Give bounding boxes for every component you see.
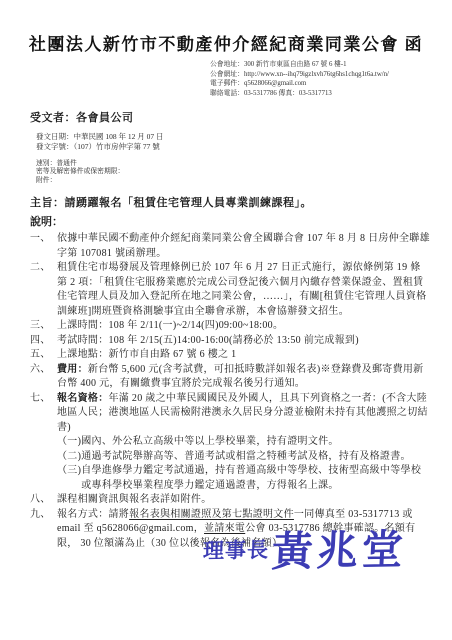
list-item: 六、費用：新台幣 5,600 元(含考試費，可扣抵時數詳如報名表)※登錄費及郵寄… [30,363,430,392]
item-number: 五、 [30,348,57,363]
official-letter-page: 社團法人新竹市不動產仲介經紀商業同業公會 函 公會地址：300 新竹市東區自由路… [0,0,452,640]
item-number: （一) [57,435,81,450]
subject-line: 主旨：請踴躍報名「租賃住宅管理人員專業訓練課程」。 [30,194,452,210]
contact-email: 電子郵件：q5628066@gmail.com [210,79,452,89]
item-number: 八、 [30,493,57,508]
item-number: （三) [57,464,81,493]
issue-meta-block: 發文日期：中華民國 108 年 12 月 07 日 發文字號：（107）竹市房仲… [36,132,452,152]
item-text: 費用：新台幣 5,600 元(含考試費，可扣抵時數詳如報名表)※登錄費及郵寄費用… [57,363,430,392]
item-text: 上課時間：108 年 2/11(一)~2/14(四)09:00~18:00。 [57,319,430,334]
signature-name: 黃兆堂 [270,516,408,577]
document-title: 社團法人新竹市不動產仲介經紀商業同業公會 函 [0,0,452,55]
item-number: （二) [57,450,81,465]
item-number: 三、 [30,319,57,334]
item-text: 國內、外公私立高級中等以上學校畢業，持有證明文件。 [81,435,430,450]
list-item: 一、依據中華民國不動產仲介經紀商業同業公會全國聯合會 107 年 8 月 8 日… [30,232,430,261]
item-number: 六、 [30,363,57,392]
item-text: 報名資格：年滿 20 歲之中華民國國民及外國人，且具下列資格之一者：(不含大陸地… [57,392,430,436]
list-item: 四、考試時間：108 年 2/15(五)14:00-16:00(請務必於 13:… [30,334,430,349]
contact-block: 公會地址：300 新竹市東區自由路 67 號 6 樓-1 公會網址：http:/… [210,60,452,98]
contact-website: 公會網址：http://www.xn--ihq79igzlxvh76tg6hs1… [210,70,452,80]
item-text: 課程相關資訊與報名表詳如附件。 [57,493,430,508]
item-number: 二、 [30,261,57,319]
item-text: 上課地點：新竹市自由路 67 號 6 樓之 1 [57,348,430,363]
signature-role: 理事長 [203,533,270,564]
item-text: 通過考試院舉辦高等、普通考試或相當之特種考試及格，持有及格證書。 [81,450,430,465]
issue-number: 發文字號：（107）竹市房仲字第 77 號 [36,142,452,152]
issue-date: 發文日期：中華民國 108 年 12 月 07 日 [36,132,452,142]
list-item: 八、課程相關資訊與報名表詳如附件。 [30,493,430,508]
attachment-line: 附件： [36,177,452,186]
item-text: 考試時間：108 年 2/15(五)14:00-16:00(請務必於 13:50… [57,334,430,349]
signature-block: 理事長 黃兆堂 [0,516,407,582]
delivery-meta-block: 速別：普通件 密等及解密條件或保密期限： 附件： [36,160,452,186]
explanation-list: 一、依據中華民國不動產仲介經紀商業同業公會全國聯合會 107 年 8 月 8 日… [30,232,430,551]
item-number: 一、 [30,232,57,261]
list-item: 五、上課地點：新竹市自由路 67 號 6 樓之 1 [30,348,430,363]
item-number: 七、 [30,392,57,436]
item-number: 四、 [30,334,57,349]
item-text: 租賃住宅市場發展及管理條例已於 107 年 6 月 27 日正式施行，源依條例第… [57,261,430,319]
explanation-label: 說明： [30,213,452,229]
list-item: （三)自學進修學力鑑定考試通過，持有普通高級中等學校、技術型高級中等學校或專科學… [57,464,430,493]
list-item: 三、上課時間：108 年 2/11(一)~2/14(四)09:00~18:00。 [30,319,430,334]
list-item: 七、報名資格：年滿 20 歲之中華民國國民及外國人，且具下列資格之一者：(不含大… [30,392,430,436]
recipient-line: 受文者：各會員公司 [30,109,452,125]
contact-address: 公會地址：300 新竹市東區自由路 67 號 6 樓-1 [210,60,452,70]
list-item: （一)國內、外公私立高級中等以上學校畢業，持有證明文件。 [57,435,430,450]
security-classification: 密等及解密條件或保密期限： [36,168,452,177]
list-item: （二)通過考試院舉辦高等、普通考試或相當之特種考試及格，持有及格證書。 [57,450,430,465]
item-text: 自學進修學力鑑定考試通過，持有普通高級中等學校、技術型高級中等學校或專科學校畢業… [81,464,430,493]
contact-phone: 聯絡電話：03-5317786 傳真：03-5317713 [210,89,452,99]
list-item: 二、租賃住宅市場發展及管理條例已於 107 年 6 月 27 日正式施行，源依條… [30,261,430,319]
item-text: 依據中華民國不動產仲介經紀商業同業公會全國聯合會 107 年 8 月 8 日房仲… [57,232,430,261]
